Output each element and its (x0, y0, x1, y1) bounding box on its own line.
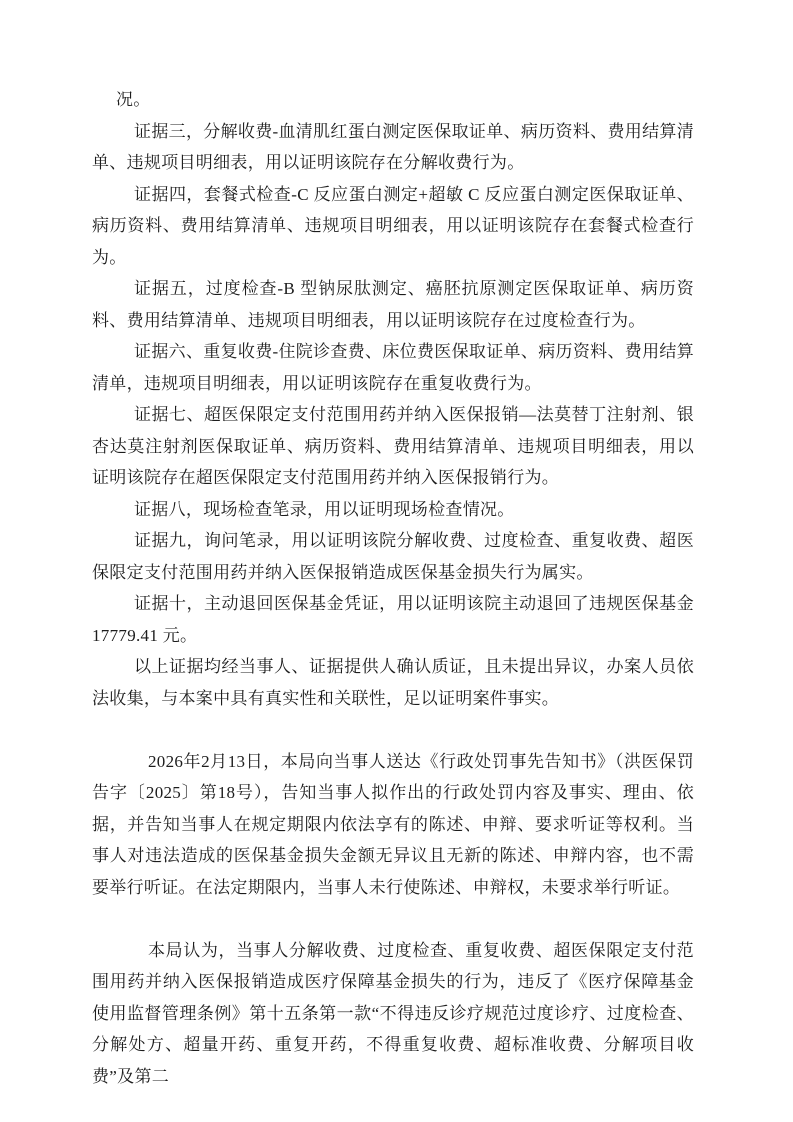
evidence-8-paragraph: 证据八，现场检查笔录，用以证明现场检查情况。 (92, 494, 694, 526)
prior-notice-paragraph: 2026年2月13日，本局向当事人送达《行政处罚事先告知书》（洪医保罚告字〔20… (92, 746, 694, 904)
evidence-6-paragraph: 证据六、重复收费-住院诊查费、床位费医保取证单、病历资料、费用结算清单，违规项目… (92, 336, 694, 399)
blank-line (92, 903, 694, 935)
evidence-9-paragraph: 证据九，询问笔录，用以证明该院分解收费、过度检查、重复收费、超医保限定支付范围用… (92, 525, 694, 588)
evidence-3-paragraph: 证据三，分解收费-血清肌红蛋白测定医保取证单、病历资料、费用结算清单、违规项目明… (92, 116, 694, 179)
evidence-4-paragraph: 证据四，套餐式检查-C 反应蛋白测定+超敏 C 反应蛋白测定医保取证单、病历资料… (92, 179, 694, 274)
evidence-summary-paragraph: 以上证据均经当事人、证据提供人确认质证，且未提出异议，办案人员依法收集，与本案中… (92, 651, 694, 714)
evidence-10-paragraph: 证据十，主动退回医保基金凭证，用以证明该院主动退回了违规医保基金17779.41… (92, 588, 694, 651)
evidence-5-paragraph: 证据五，过度检查-B 型钠尿肽测定、癌胚抗原测定医保取证单、病历资料、费用结算清… (92, 273, 694, 336)
evidence-7-paragraph: 证据七、超医保限定支付范围用药并纳入医保报销—法莫替丁注射剂、银杏达莫注射剂医保… (92, 399, 694, 494)
document-page: 况。 证据三，分解收费-血清肌红蛋白测定医保取证单、病历资料、费用结算清单、违规… (0, 0, 793, 1122)
page-continuation-text: 况。 (92, 84, 694, 116)
blank-line (92, 714, 694, 746)
violation-finding-paragraph: 本局认为，当事人分解收费、过度检查、重复收费、超医保限定支付范围用药并纳入医保报… (92, 935, 694, 1093)
document-body: 况。 证据三，分解收费-血清肌红蛋白测定医保取证单、病历资料、费用结算清单、违规… (92, 84, 694, 1092)
